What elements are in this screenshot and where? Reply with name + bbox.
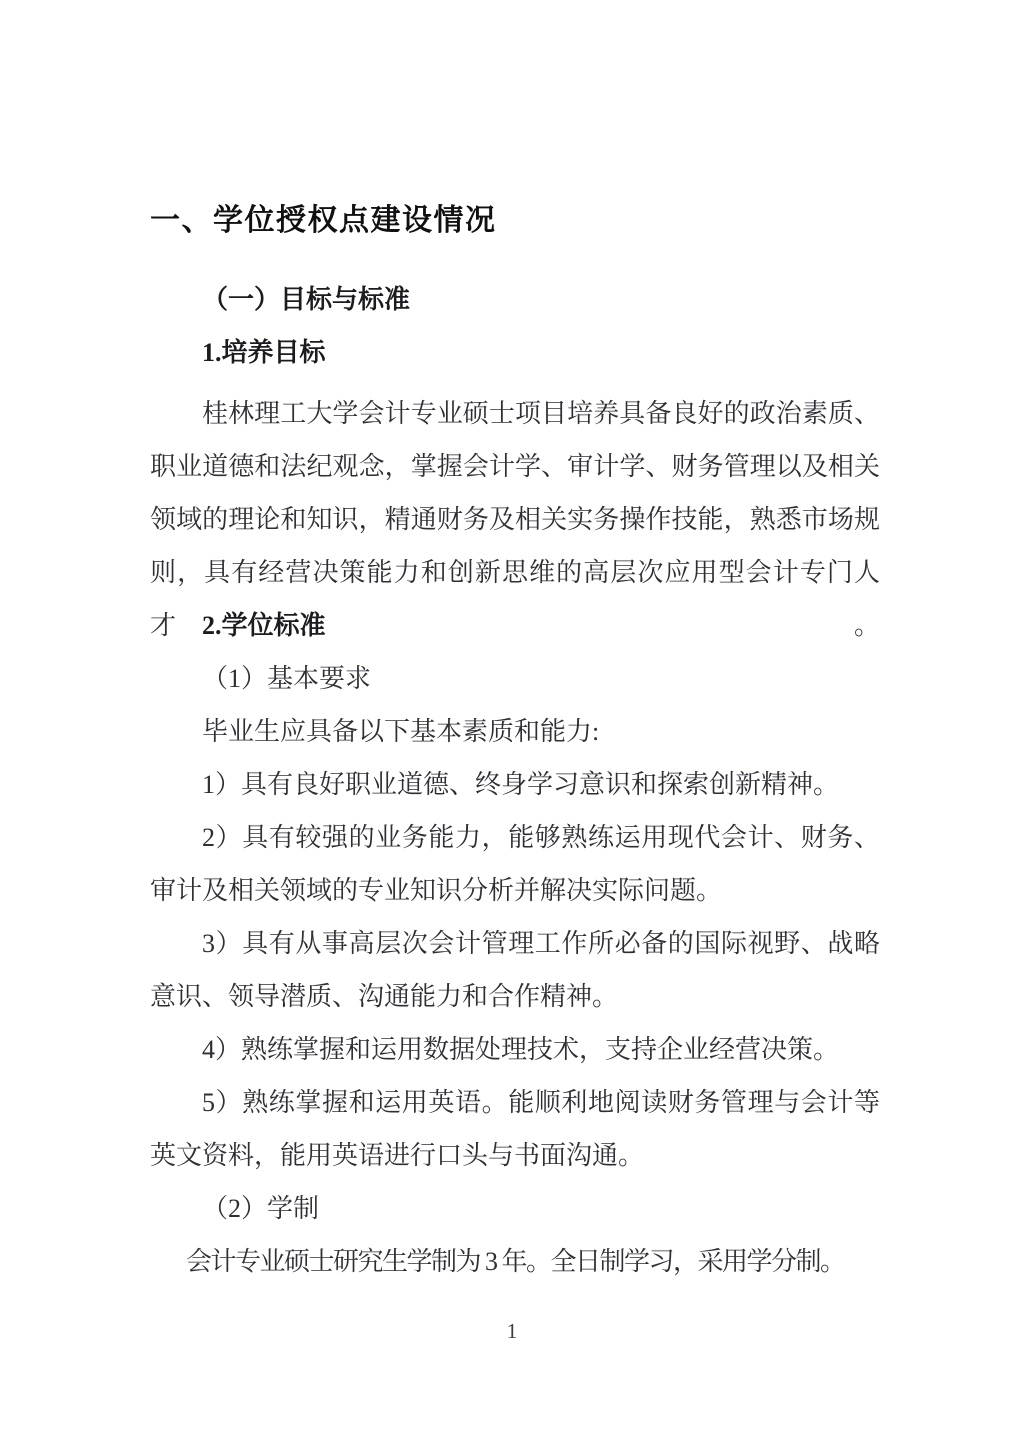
paragraph-line: 领域的理论和知识，精通财务及相关实务操作技能，熟悉市场规 <box>150 493 880 546</box>
paragraph-line: 桂林理工大学会计专业硕士项目培养具备良好的政治素质、 <box>150 387 880 440</box>
subsection-heading: （一）目标与标准 <box>150 273 880 326</box>
paragraph-line: （1）基本要求 <box>150 652 880 705</box>
paragraph-line: 毕业生应具备以下基本素质和能力: <box>150 705 880 758</box>
list-item-line: 5）熟练掌握和运用英语。能顺利地阅读财务管理与会计等 <box>150 1076 880 1129</box>
page-number: 1 <box>0 1318 1024 1344</box>
paragraph-line: （2）学制 <box>150 1182 880 1235</box>
list-item-line: 英文资料，能用英语进行口头与书面沟通。 <box>150 1129 880 1182</box>
paragraph-line: 职业道德和法纪观念，掌握会计学、审计学、财务管理以及相关 <box>150 440 880 493</box>
list-item-line: 1）具有良好职业道德、终身学习意识和探索创新精神。 <box>150 758 880 811</box>
list-item-line: 4）熟练掌握和运用数据处理技术，支持企业经营决策。 <box>150 1023 880 1076</box>
paragraph-line: 则，具有经营决策能力和创新思维的高层次应用型会计专门人才。 <box>150 546 880 599</box>
document-page: 一、学位授权点建设情况 （一）目标与标准 1.培养目标 桂林理工大学会计专业硕士… <box>0 0 1024 1448</box>
list-item-line: 2）具有较强的业务能力，能够熟练运用现代会计、财务、 <box>150 811 880 864</box>
list-item-line: 3）具有从事高层次会计管理工作所必备的国际视野、战略 <box>150 917 880 970</box>
section-heading: 一、学位授权点建设情况 <box>150 203 880 239</box>
document-body: 一、学位授权点建设情况 （一）目标与标准 1.培养目标 桂林理工大学会计专业硕士… <box>150 203 880 1288</box>
list-item-line: 审计及相关领域的专业知识分析并解决实际问题。 <box>150 864 880 917</box>
sub-subsection-heading: 1.培养目标 <box>150 326 880 379</box>
paragraph-line: 会计专业硕士研究生学制为 3 年。全日制学习，采用学分制。 <box>150 1235 880 1288</box>
list-item-line: 意识、领导潜质、沟通能力和合作精神。 <box>150 970 880 1023</box>
